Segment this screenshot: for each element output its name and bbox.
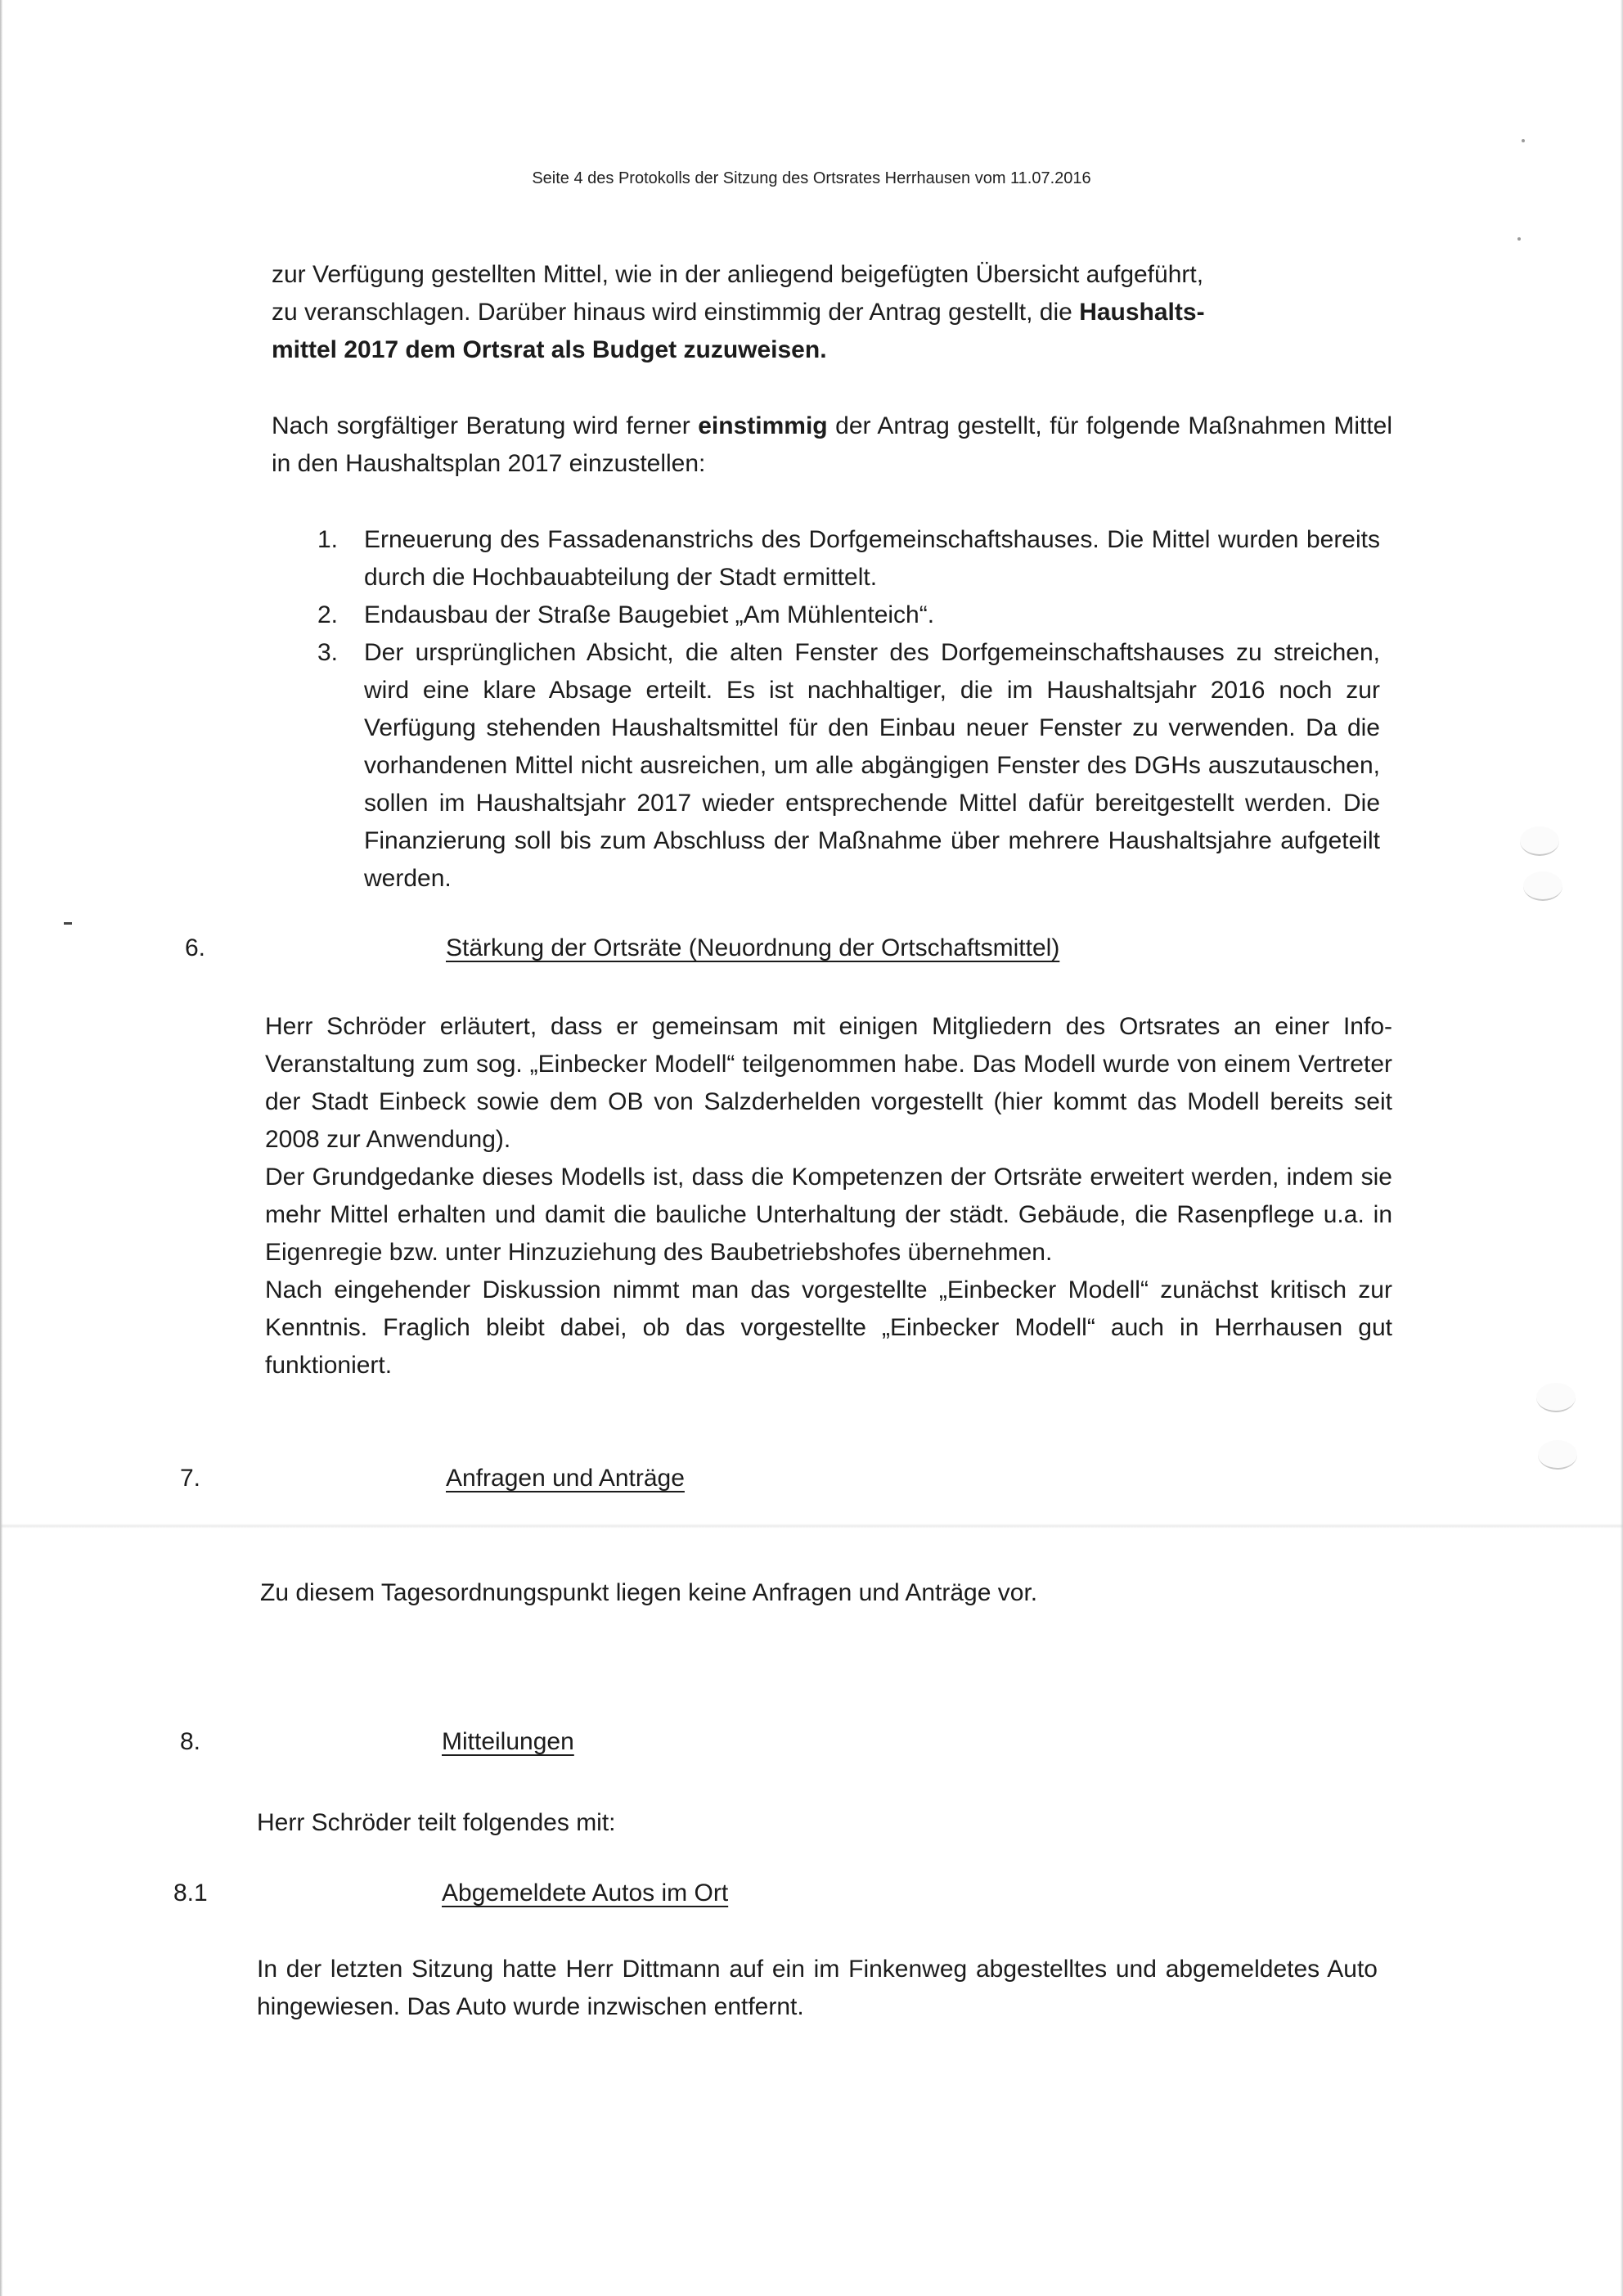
list-item-text: Endausbau der Straße Baugebiet „Am Mühle…	[364, 601, 934, 628]
list-item-number: 1.	[317, 521, 338, 559]
intro-line-1: zur Verfügung gestellten Mittel, wie in …	[272, 256, 1392, 294]
intro-line-3-bold: mittel 2017 dem Ortsrat als Budget zuzuw…	[272, 331, 1392, 369]
intro-line-2: zu veranschlagen. Darüber hinaus wird ei…	[272, 294, 1392, 331]
list-item: 2. Endausbau der Straße Baugebiet „Am Mü…	[317, 597, 1380, 634]
measures-intro: Nach sorgfältiger Beratung wird ferner e…	[272, 407, 1392, 483]
list-item: 1. Erneuerung des Fassadenanstrichs des …	[317, 521, 1380, 597]
section-8-body: Herr Schröder teilt folgendes mit:	[257, 1804, 616, 1842]
section-6-paragraph-1: Herr Schröder erläutert, dass er gemeins…	[265, 1008, 1392, 1159]
page-header: Seite 4 des Protokolls der Sitzung des O…	[0, 169, 1623, 188]
measures-intro-text: Nach sorgfältiger Beratung wird ferner e…	[272, 407, 1392, 483]
punch-hole-mark	[1520, 826, 1559, 856]
punch-hole-mark	[1538, 1440, 1577, 1470]
section-8-1-number: 8.1	[173, 1880, 208, 1907]
section-7-body: Zu diesem Tagesordnungspunkt liegen kein…	[260, 1574, 1037, 1612]
section-7-number: 7.	[180, 1465, 200, 1492]
intro-paragraph: zur Verfügung gestellten Mittel, wie in …	[272, 256, 1392, 369]
section-6-number: 6.	[185, 934, 205, 962]
page-edge-left	[0, 0, 2, 2296]
section-8-1-paragraph-1: In der letzten Sitzung hatte Herr Dittma…	[257, 1951, 1378, 2026]
list-item-number: 2.	[317, 597, 338, 634]
section-6-paragraph-2: Der Grundgedanke dieses Modells ist, das…	[265, 1159, 1392, 1272]
section-8-number: 8.	[180, 1728, 200, 1756]
section-6-paragraph-3: Nach eingehender Diskussion nimmt man da…	[265, 1272, 1392, 1384]
punch-hole-mark	[1523, 871, 1562, 901]
measures-list: 1. Erneuerung des Fassadenanstrichs des …	[317, 521, 1380, 898]
paper-fold-line	[0, 1524, 1623, 1528]
section-7-title: Anfragen und Anträge	[446, 1465, 685, 1492]
measures-intro-bold: einstimmig	[698, 412, 827, 439]
measures-intro-part-1: Nach sorgfältiger Beratung wird ferner	[272, 412, 698, 439]
scan-artifact-mark	[64, 922, 72, 925]
section-8-title: Mitteilungen	[442, 1728, 574, 1756]
section-6-body: Herr Schröder erläutert, dass er gemeins…	[265, 1008, 1392, 1384]
intro-line-2-text: zu veranschlagen. Darüber hinaus wird ei…	[272, 299, 1079, 326]
section-8-paragraph-1: Herr Schröder teilt folgendes mit:	[257, 1804, 616, 1842]
list-item: 3. Der ursprünglichen Absicht, die alten…	[317, 634, 1380, 898]
section-8-1-body: In der letzten Sitzung hatte Herr Dittma…	[257, 1951, 1378, 2026]
scan-artifact-dot	[1517, 237, 1521, 241]
scan-artifact-dot	[1522, 139, 1525, 142]
list-item-text: Der ursprünglichen Absicht, die alten Fe…	[364, 639, 1380, 892]
section-7-paragraph-1: Zu diesem Tagesordnungspunkt liegen kein…	[260, 1574, 1037, 1612]
list-item-text: Erneuerung des Fassadenanstrichs des Dor…	[364, 526, 1380, 591]
section-6-title: Stärkung der Ortsräte (Neuordnung der Or…	[446, 934, 1059, 962]
intro-line-2-bold: Haushalts-	[1079, 299, 1204, 326]
punch-hole-mark	[1536, 1383, 1576, 1412]
section-8-1-title: Abgemeldete Autos im Ort	[442, 1880, 728, 1907]
list-item-number: 3.	[317, 634, 338, 672]
